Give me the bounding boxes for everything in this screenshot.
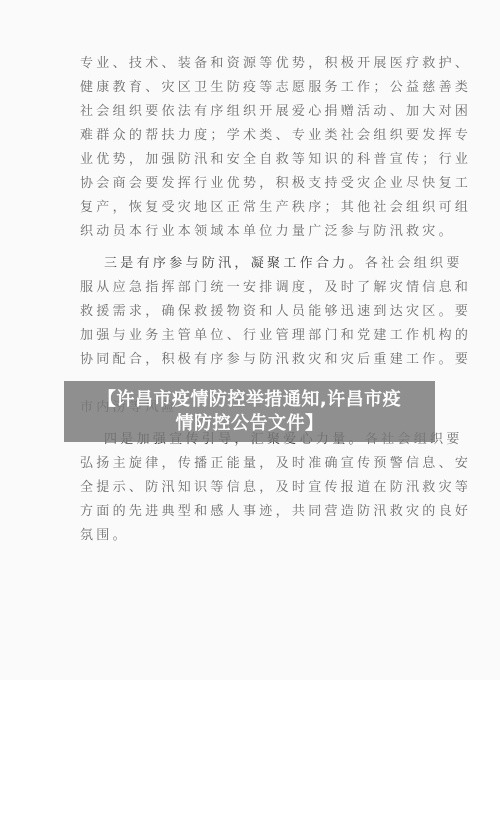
title-banner: 【许昌市疫情防控举措通知,许昌市疫 情防控公告文件】 [64, 381, 435, 442]
banner-title-line-1: 【许昌市疫情防控举措通知,许昌市疫 [98, 388, 401, 412]
doc-line: 加强与业务主管单位、行业管理部门和党建工作机构的 [80, 324, 420, 348]
banner-title-line-2: 情防控公告文件】 [176, 412, 324, 436]
doc-line-rest: 各社会组织要 [365, 256, 463, 271]
doc-line-first: 三是有序参与防汛，凝聚工作合力。各社会组织要 [80, 252, 420, 276]
doc-line: 救援需求，确保救援物资和人员能够迅速到达灾区。要 [80, 300, 420, 324]
doc-line: 弘扬主旋律，传播正能量，及时准确宣传预警信息、安 [80, 452, 420, 476]
doc-line: 业优势，加强防汛和安全自救等知识的科普宣传；行业 [80, 148, 420, 172]
doc-line: 方面的先进典型和感人事迹，共同营造防汛救灾的良好 [80, 500, 420, 524]
paragraph-4: 四是加强宣传引导，汇聚爱心力量。各社会组织要 弘扬主旋律，传播正能量，及时准确宣… [80, 428, 420, 548]
doc-line: 协会商会要发挥行业优势，积极支持受灾企业尽快复工 [80, 172, 420, 196]
doc-line: 健康教育、灾区卫生防疫等志愿服务工作；公益慈善类 [80, 76, 420, 100]
doc-line: 织动员本行业本领域本单位力量广泛参与防汛救灾。 [80, 220, 420, 244]
doc-line: 专业、技术、装备和资源等优势，积极开展医疗救护、 [80, 52, 420, 76]
doc-line: 服从应急指挥部门统一安排调度，及时了解灾情信息和 [80, 276, 420, 300]
doc-line: 氛围。 [80, 524, 420, 548]
document-body: 专业、技术、装备和资源等优势，积极开展医疗救护、 健康教育、灾区卫生防疫等志愿服… [80, 52, 420, 548]
doc-line: 协同配合，积极有序参与防汛救灾和灾后重建工作。要 [80, 348, 420, 372]
doc-line: 全提示、防汛知识等信息，及时宣传报道在防汛救灾等 [80, 476, 420, 500]
doc-line: 社会组织要依法有序组织开展爱心捐赠活动、加大对困 [80, 100, 420, 124]
paragraph-2-continuation: 专业、技术、装备和资源等优势，积极开展医疗救护、 健康教育、灾区卫生防疫等志愿服… [80, 52, 420, 244]
scanned-document-page: 专业、技术、装备和资源等优势，积极开展医疗救护、 健康教育、灾区卫生防疫等志愿服… [0, 0, 500, 680]
doc-line: 复产，恢复受灾地区正常生产秩序；其他社会组织可组 [80, 196, 420, 220]
doc-line: 难群众的帮扶力度；学术类、专业类社会组织要发挥专 [80, 124, 420, 148]
paragraph-gap [80, 244, 420, 252]
paragraph-heading: 三是有序参与防汛，凝聚工作合力。 [104, 256, 365, 271]
